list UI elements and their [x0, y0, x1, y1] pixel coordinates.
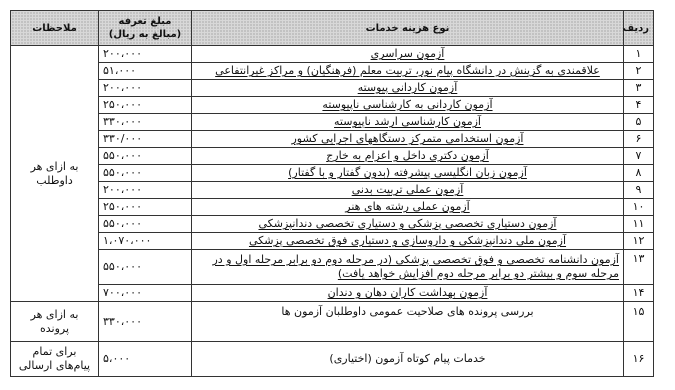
service-text: آزمون استخدامی متمرکز دستگاههای اجرایی ک… [292, 132, 524, 145]
header-service-type: نوع هزینه خدمات [192, 11, 624, 46]
amount-cell: ۳۳۰/۰۰۰ [99, 131, 192, 148]
table-row: ۱۱ آزمون دستیاری تخصصی پزشکی و دستیاری ت… [11, 216, 654, 233]
service-cell: آزمون دستیاری تخصصی پزشکی و دستیاری تخصص… [192, 216, 624, 233]
row-number: ۱ [624, 46, 654, 63]
table-row: ۱۵ بررسی پرونده های صلاحیت عمومی داوطلبا… [11, 302, 654, 342]
row-number: ۱۵ [624, 302, 654, 342]
row-number: ۵ [624, 114, 654, 131]
table-row: ۵ آزمون کارشناسی ارشد ناپیوسته ۳۳۰،۰۰۰ [11, 114, 654, 131]
header-row-no: ردیف [624, 11, 654, 46]
row-number: ۸ [624, 165, 654, 182]
amount-cell: ۲۰۰،۰۰۰ [99, 182, 192, 199]
row-number: ۲ [624, 63, 654, 80]
amount-cell: ۳۳۰،۰۰۰ [99, 114, 192, 131]
service-cell: آزمون دانشنامه تخصصی و فوق تخصصی پزشکی (… [192, 250, 624, 285]
remark-per-message: برای تمام پیام‌های ارسالی [11, 342, 99, 377]
header-amount: مبلغ تعرفه (مبالغ به ریال) [99, 11, 192, 46]
service-text: آزمون بهداشت کاران دهان و دندان [328, 286, 488, 299]
service-cell: آزمون عملی رشته های هنر [192, 199, 624, 216]
table-row: ۱۲ آزمون ملی دندانپزشکی و داروسازی و دست… [11, 233, 654, 250]
amount-cell: ۵۵۰،۰۰۰ [99, 216, 192, 233]
row-number: ۱۳ [624, 250, 654, 285]
service-cell: علاقمندی به گزینش در دانشگاه پیام نور، ت… [192, 63, 624, 80]
amount-cell: ۲۵۰،۰۰۰ [99, 199, 192, 216]
remark-per-file: به ازای هر پرونده [11, 302, 99, 342]
row-number: ۷ [624, 148, 654, 165]
service-cell: آزمون کاردانی به کارشناسی ناپیوسته [192, 97, 624, 114]
amount-cell: ۲۰۰،۰۰۰ [99, 80, 192, 97]
service-cell: آزمون سراسری [192, 46, 624, 63]
row-number: ۴ [624, 97, 654, 114]
table-header-row: ردیف نوع هزینه خدمات مبلغ تعرفه (مبالغ ب… [11, 11, 654, 46]
service-text: آزمون دانشنامه تخصصی و فوق تخصصی پزشکی (… [213, 253, 620, 280]
service-text: علاقمندی به گزینش در دانشگاه پیام نور، ت… [215, 64, 600, 77]
service-cell: آزمون کارشناسی ارشد ناپیوسته [192, 114, 624, 131]
service-cell: آزمون عملی تربیت بدنی [192, 182, 624, 199]
row-number: ۱۴ [624, 285, 654, 302]
service-cell: آزمون استخدامی متمرکز دستگاههای اجرایی ک… [192, 131, 624, 148]
header-remarks: ملاحظات [11, 11, 99, 46]
service-cell: بررسی پرونده های صلاحیت عمومی داوطلبان آ… [192, 302, 624, 342]
row-number: ۱۰ [624, 199, 654, 216]
row-number: ۹ [624, 182, 654, 199]
service-text: آزمون سراسری [371, 47, 445, 60]
row-number: ۱۲ [624, 233, 654, 250]
amount-cell: ۳۳۰،۰۰۰ [99, 302, 192, 342]
table-row: ۱۳ آزمون دانشنامه تخصصی و فوق تخصصی پزشک… [11, 250, 654, 285]
service-cell: آزمون کاردانی پیوسته [192, 80, 624, 97]
amount-cell: ۵۵۰،۰۰۰ [99, 148, 192, 165]
table-row: ۷ آزمون دکتری داخل و اعزام به خارج ۵۵۰،۰… [11, 148, 654, 165]
amount-cell: ۱،۰۷۰،۰۰۰ [99, 233, 192, 250]
table-row: ۴ آزمون کاردانی به کارشناسی ناپیوسته ۲۵۰… [11, 97, 654, 114]
document-page: ردیف نوع هزینه خدمات مبلغ تعرفه (مبالغ ب… [10, 10, 653, 377]
table-row: ۶ آزمون استخدامی متمرکز دستگاههای اجرایی… [11, 131, 654, 148]
amount-cell: ۷۰۰،۰۰۰ [99, 285, 192, 302]
table-row: ۳ آزمون کاردانی پیوسته ۲۰۰،۰۰۰ [11, 80, 654, 97]
service-text: آزمون عملی رشته های هنر [345, 200, 469, 213]
service-text: آزمون ملی دندانپزشکی و داروسازی و دستیار… [249, 234, 566, 247]
service-cell: خدمات پیام کوتاه آزمون (اختیاری) [192, 342, 624, 377]
table-row: ۹ آزمون عملی تربیت بدنی ۲۰۰،۰۰۰ [11, 182, 654, 199]
amount-cell: ۵،۰۰۰ [99, 342, 192, 377]
service-text: بررسی پرونده های صلاحیت عمومی داوطلبان آ… [281, 305, 533, 318]
service-cell: آزمون زبان انگلیسی پیشرفته (بدون گفتار و… [192, 165, 624, 182]
table-row: ۱۰ آزمون عملی رشته های هنر ۲۵۰،۰۰۰ [11, 199, 654, 216]
table-row: ۱۴ آزمون بهداشت کاران دهان و دندان ۷۰۰،۰… [11, 285, 654, 302]
table-row: ۱ آزمون سراسری ۲۰۰،۰۰۰ به ازای هر داوطلب [11, 46, 654, 63]
service-text: آزمون کاردانی به کارشناسی ناپیوسته [322, 98, 492, 111]
fee-table: ردیف نوع هزینه خدمات مبلغ تعرفه (مبالغ ب… [10, 10, 654, 377]
amount-cell: ۲۰۰،۰۰۰ [99, 46, 192, 63]
row-number: ۳ [624, 80, 654, 97]
amount-cell: ۵۵۰،۰۰۰ [99, 165, 192, 182]
service-cell: آزمون دکتری داخل و اعزام به خارج [192, 148, 624, 165]
amount-cell: ۲۵۰،۰۰۰ [99, 97, 192, 114]
row-number: ۶ [624, 131, 654, 148]
service-text: آزمون زبان انگلیسی پیشرفته (بدون گفتار و… [288, 166, 527, 179]
row-number: ۱۱ [624, 216, 654, 233]
service-text: آزمون کاردانی پیوسته [358, 81, 458, 94]
remark-per-candidate: به ازای هر داوطلب [11, 46, 99, 302]
service-cell: آزمون بهداشت کاران دهان و دندان [192, 285, 624, 302]
service-text: آزمون کارشناسی ارشد ناپیوسته [334, 115, 481, 128]
service-text: آزمون دکتری داخل و اعزام به خارج [326, 149, 489, 162]
table-row: ۸ آزمون زبان انگلیسی پیشرفته (بدون گفتار… [11, 165, 654, 182]
amount-cell: ۵۵۰،۰۰۰ [99, 250, 192, 285]
service-text: آزمون دستیاری تخصصی پزشکی و دستیاری تخصص… [259, 217, 557, 230]
row-number: ۱۶ [624, 342, 654, 377]
amount-cell: ۵۱،۰۰۰ [99, 63, 192, 80]
table-row: ۲ علاقمندی به گزینش در دانشگاه پیام نور،… [11, 63, 654, 80]
table-row: ۱۶ خدمات پیام کوتاه آزمون (اختیاری) ۵،۰۰… [11, 342, 654, 377]
service-cell: آزمون ملی دندانپزشکی و داروسازی و دستیار… [192, 233, 624, 250]
service-text: خدمات پیام کوتاه آزمون (اختیاری) [329, 352, 485, 365]
service-text: آزمون عملی تربیت بدنی [352, 183, 464, 196]
